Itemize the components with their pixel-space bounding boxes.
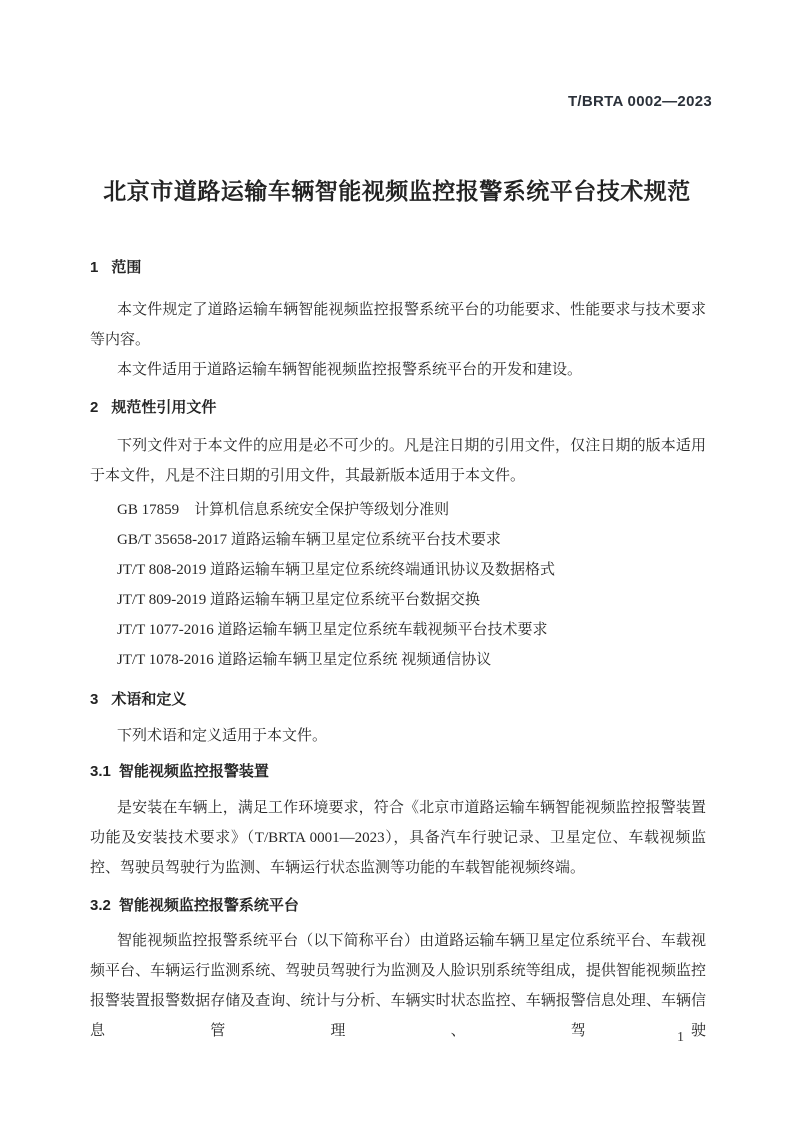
paragraph: 智能视频监控报警系统平台（以下简称平台）由道路运输车辆卫星定位系统平台、车载视频… bbox=[90, 926, 706, 1046]
subsection-title: 智能视频监控报警系统平台 bbox=[119, 897, 299, 914]
paragraph: 是安装在车辆上，满足工作环境要求，符合《北京市道路运输车辆智能视频监控报警装置功… bbox=[90, 793, 706, 883]
reference-item: JT/T 809-2019 道路运输车辆卫星定位系统平台数据交换 bbox=[90, 585, 706, 615]
paragraph: 本文件适用于道路运输车辆智能视频监控报警系统平台的开发和建设。 bbox=[90, 355, 706, 385]
normative-reference-list: GB 17859 计算机信息系统安全保护等级划分准则 GB/T 35658-20… bbox=[90, 495, 706, 675]
subsection-number: 3.1 bbox=[90, 763, 111, 780]
doc-title: 北京市道路运输车辆智能视频监控报警系统平台技术规范 bbox=[40, 173, 754, 206]
paragraph: 本文件规定了道路运输车辆智能视频监控报警系统平台的功能要求、性能要求与技术要求等… bbox=[90, 295, 706, 355]
section-number: 1 bbox=[90, 259, 98, 276]
paragraph: 下列文件对于本文件的应用是必不可少的。凡是注日期的引用文件，仅注日期的版本适用于… bbox=[90, 431, 706, 491]
subsection-3-1-heading: 3.1智能视频监控报警装置 bbox=[90, 761, 706, 783]
section-1-heading: 1范围 bbox=[90, 257, 706, 279]
doc-code: T/BRTA 0002—2023 bbox=[90, 93, 712, 110]
reference-item: JT/T 1078-2016 道路运输车辆卫星定位系统 视频通信协议 bbox=[90, 645, 706, 675]
subsection-3-2-heading: 3.2智能视频监控报警系统平台 bbox=[90, 895, 706, 917]
reference-item: GB 17859 计算机信息系统安全保护等级划分准则 bbox=[90, 495, 706, 525]
subsection-number: 3.2 bbox=[90, 897, 111, 914]
section-title: 术语和定义 bbox=[111, 691, 186, 708]
document-page: T/BRTA 0002—2023 北京市道路运输车辆智能视频监控报警系统平台技术… bbox=[0, 0, 794, 1123]
reference-item: JT/T 1077-2016 道路运输车辆卫星定位系统车载视频平台技术要求 bbox=[90, 615, 706, 645]
section-title: 范围 bbox=[111, 259, 141, 276]
subsection-title: 智能视频监控报警装置 bbox=[119, 763, 269, 780]
reference-item: JT/T 808-2019 道路运输车辆卫星定位系统终端通讯协议及数据格式 bbox=[90, 555, 706, 585]
reference-item: GB/T 35658-2017 道路运输车辆卫星定位系统平台技术要求 bbox=[90, 525, 706, 555]
page-number: 1 bbox=[677, 1030, 684, 1046]
section-number: 2 bbox=[90, 399, 98, 416]
section-3-heading: 3术语和定义 bbox=[90, 689, 706, 711]
section-number: 3 bbox=[90, 691, 98, 708]
section-title: 规范性引用文件 bbox=[111, 399, 216, 416]
paragraph: 下列术语和定义适用于本文件。 bbox=[90, 721, 706, 751]
section-2-heading: 2规范性引用文件 bbox=[90, 397, 706, 419]
